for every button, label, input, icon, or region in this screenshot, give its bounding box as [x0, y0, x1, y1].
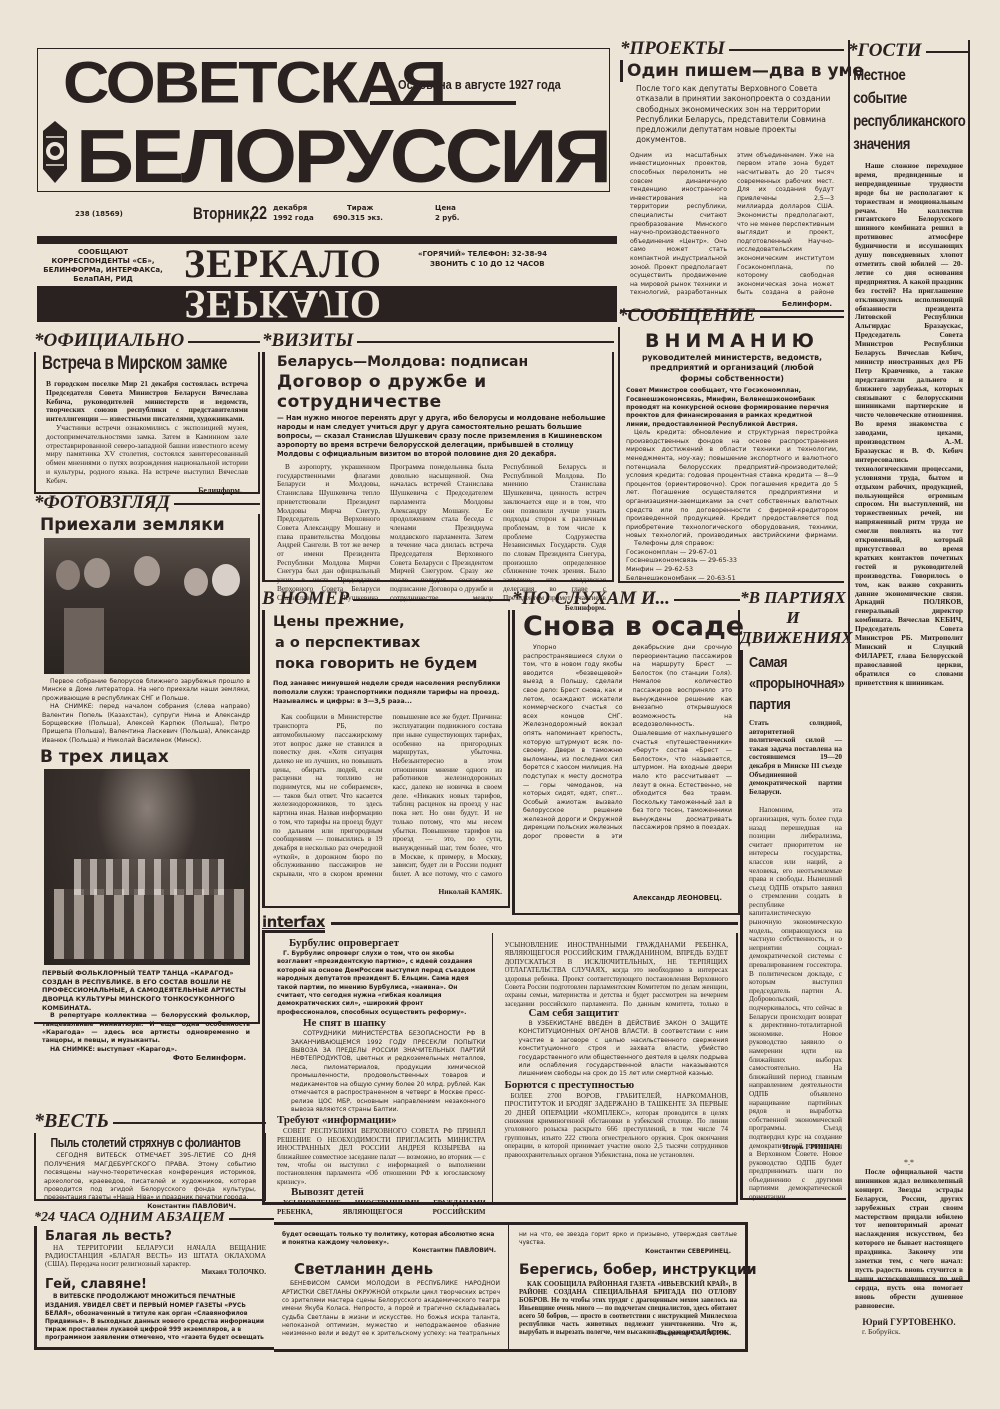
- kicker-proekty: *ПРОЕКТЫ: [620, 38, 844, 60]
- interfax-logo: interfax: [262, 914, 325, 933]
- body-proekty: Одним из масштабных инвестиционных проек…: [620, 152, 844, 300]
- body-po-sluham: Упорно распространявшиеся слухи о том, ч…: [523, 644, 732, 894]
- interfax-headline: Сам себя защитит: [505, 1007, 728, 1020]
- kicker-soobshchenie: *СООБЩЕНИЕ: [618, 305, 844, 327]
- interfax-body: СОТРУДНИКИ МИНИСТЕРСТВА БЕЗОПАСНОСТИ РФ …: [277, 1030, 486, 1114]
- section-gosti: *ГОСТИ Местное событие республиканского …: [848, 40, 970, 1282]
- zerkalo-sources: СООБЩАЮТ КОРРЕСПОНДЕНТЫ «СБ», БЕЛИНФОРМа…: [42, 248, 164, 284]
- interfax-headline: Вывозят детей: [277, 1186, 486, 1199]
- lead-v-nomer: Под занавес минувшей недели среди населе…: [273, 675, 502, 713]
- photo-note-zemlyaki: НА СНИМКЕ: перед началом собрания (слева…: [38, 703, 254, 745]
- issue-weekday: Вторник,: [193, 204, 253, 224]
- kicker-vizity: *ВИЗИТЫ: [262, 330, 614, 352]
- interfax-item: Требуют «информации» СОВЕТ РЕСПУБЛИКИ ВЕ…: [277, 1114, 486, 1186]
- kicker-oficialno: *ОФИЦИАЛЬНО: [34, 330, 260, 352]
- section-vest: *ВЕСТЬ Пыль столетий стряхнув с фолианто…: [34, 1110, 266, 1202]
- lead-proekty: После того как депутаты Верховного Совет…: [620, 82, 844, 152]
- issue-year: 1992 года: [273, 214, 314, 222]
- zerkalo-hotline-hours: ЗВОНИТЬ С 10 ДО 12 ЧАСОВ: [430, 260, 545, 268]
- price-value: 2 руб.: [435, 214, 459, 222]
- body-gosti: Наше сложное переходное время, предвиден…: [850, 158, 968, 1158]
- interfax-col-right: УСЫНОВЛЕНИЕ ИНОСТРАННЫМИ ГРАЖДАНАМИ РЕБЕ…: [493, 933, 736, 1202]
- kicker-vest: *ВЕСТЬ: [34, 1110, 266, 1133]
- headline-oficialno: Встреча в Мирском замке: [42, 352, 250, 376]
- interfax-body: СОВЕТ РЕСПУБЛИКИ ВЕРХОВНОГО СОВЕТА РФ ПР…: [277, 1127, 486, 1186]
- section-v-nomer: В НОМЕР Цены прежние, а о перспективах п…: [262, 588, 510, 906]
- signature-svetlanin-den: Константин СЕВЕРИНЕЦ.: [519, 1248, 737, 1255]
- phone-entry: Белвнешэкономбанк — 20-63-51: [626, 574, 838, 583]
- interfax-body: В УЗБЕКИСТАНЕ ВВЕДЕН В ДЕЙСТВИЕ ЗАКОН О …: [505, 1020, 728, 1079]
- headline-vizity-line1: Беларусь—Молдова: подписан: [277, 352, 606, 372]
- circulation-value: 690.315 экз.: [333, 214, 383, 222]
- headline-v-nomer-line2: а о перспективах: [273, 633, 502, 654]
- interfax-item: Сам себя защитит В УЗБЕКИСТАНЕ ВВЕДЕН В …: [505, 1007, 728, 1079]
- phones-list: Госэкономплан — 29-67-01 Госвнешэкономсв…: [626, 548, 838, 582]
- kicker-24-chasa: *24 ЧАСА ОДНИМ АБЗАЦЕМ: [34, 1210, 274, 1226]
- section-proekty: *ПРОЕКТЫ Один пишем—два в уме После того…: [620, 38, 844, 288]
- section-soobshchenie: *СООБЩЕНИЕ ВНИМАНИЮ руководителей минист…: [618, 305, 844, 583]
- masthead: СОВЕТСКАЯ Основана в августе 1927 года Б…: [37, 48, 610, 192]
- signature-gey-slavyane: Константин ПАВЛОВИЧ.: [282, 1247, 500, 1254]
- caption-karagod: В репертуаре коллектива — белорусский фо…: [38, 1012, 254, 1046]
- section-po-sluham: *ПО СЛУХАМ И... Снова в осаде Упорно рас…: [512, 588, 740, 913]
- body-gey-slavyane: В ВИТЕБСКЕ ПРОДОЛЖАЮТ МНОЖИТЬСЯ ПЕЧАТНЫЕ…: [45, 1293, 266, 1343]
- body-oficialno: Участники встречи ознакомились с экспози…: [42, 424, 252, 486]
- founded-underline: [370, 101, 516, 105]
- section-fotovzglyad: *ФОТОВЗГЛЯД Приехали земляки Первое собр…: [34, 492, 260, 1022]
- circulation-label: Тираж: [347, 204, 373, 212]
- headline-v-partiyakh-line2: «прорыночная»: [749, 673, 860, 694]
- section-oficialno: *ОФИЦИАЛЬНО Встреча в Мирском замке В го…: [34, 330, 260, 492]
- lead-oficialno: В городском поселке Мир 21 декабря состо…: [42, 376, 252, 424]
- headline-beregis-bober: Берегись, бобер, инструкции: [519, 1259, 737, 1281]
- interfax-item: Не спят в шапку СОТРУДНИКИ МИНИСТЕРСТВА …: [277, 1017, 486, 1114]
- lead-vizity: — Нам нужно многое перенять друг у друга…: [277, 412, 606, 463]
- headline-vizity-line2: Договор о дружбе и сотрудничестве: [277, 372, 606, 412]
- kicker-gosti: *ГОСТИ: [848, 40, 968, 62]
- interfax-headline: Требуют «информации»: [277, 1114, 486, 1127]
- order-medal-icon: [40, 117, 70, 189]
- interfax-body: БОЛЕЕ 2700 ВОРОВ, ГРАБИТЕЛЕЙ, НАРКОМАНОВ…: [505, 1092, 728, 1159]
- issue-day: 22: [251, 203, 267, 224]
- phone-entry: Минфин — 29-62-53: [626, 565, 838, 574]
- headline-v-nomer-line3: пока говорить не будем: [273, 654, 502, 675]
- interfax-body: Г. Бурбулис опроверг слухи о том, что он…: [277, 950, 486, 1017]
- caption-karagod-caps: ПЕРВЫЙ ФОЛЬКЛОРНЫЙ ТЕАТР ТАНЦА «КАРАГОД»…: [38, 965, 254, 1012]
- body-v-partiyakh: Напомним, эта организация, чуть более го…: [749, 806, 842, 1216]
- body-v-nomer: Как сообщили в Министерстве транспорта Р…: [273, 713, 502, 887]
- caption-zemlyaki: Первое собрание белорусов ближнего заруб…: [38, 674, 254, 703]
- zerkalo-hotline: «ГОРЯЧИЙ» ТЕЛЕФОН: 32-38-94: [418, 250, 547, 258]
- body-blagaya-vest: НА ТЕРРИТОРИИ БЕЛАРУСИ НАЧАЛА ВЕЩАНИЕ РА…: [45, 1245, 266, 1268]
- section-interfax: interfax Бурбулис опровергает Г. Бурбули…: [262, 914, 738, 1206]
- interfax-item: Бурбулис опровергает Г. Бурбулис опровер…: [277, 937, 486, 1017]
- photo-zemlyaki: [44, 538, 250, 674]
- kicker-v-partiyakh: *В ПАРТИЯХ И ДВИЖЕНИЯХ: [740, 588, 846, 648]
- interfax-item: Борются с преступностью БОЛЕЕ 2700 ВОРОВ…: [505, 1079, 728, 1159]
- bottom-col-right: ни на что, ее звезда горит ярко и призыв…: [509, 1225, 745, 1349]
- signature-gosti: Юрий ГУРТОВЕНКО.: [850, 1317, 968, 1327]
- headline-blagaya-vest: Благая ль весть?: [45, 1228, 266, 1245]
- interfax-body: УСЫНОВЛЕНИЕ ИНОСТРАННЫМИ ГРАЖДАНАМИ РЕБЕ…: [277, 1199, 486, 1217]
- body-gey-slavyane-ending: будет освещать только ту политику, котор…: [282, 1231, 500, 1247]
- photo-note-karagod: НА СНИМКЕ: выступает «Карагод».: [38, 1046, 254, 1054]
- ending-gosti: После официальной части шинников ждал ве…: [850, 1168, 968, 1311]
- bottom-col-left: будет освещать только ту политику, котор…: [274, 1225, 509, 1349]
- founded-note: Основана в августе 1927 года: [398, 77, 561, 92]
- body-soobshchenie: Цель кредита: обновление и структурная п…: [626, 429, 838, 539]
- kicker-fotovzglyad: *ФОТОВЗГЛЯД: [34, 492, 260, 514]
- body-svetlanin-den-ending: ни на что, ее звезда горит ярко и призыв…: [519, 1231, 737, 1248]
- signature-blagaya-vest: Михаил ТОЛОЧКО.: [45, 1268, 266, 1276]
- headline-v-partiyakh-line1: Самая: [749, 652, 860, 673]
- section-vizity: *ВИЗИТЫ Беларусь—Молдова: подписан Догов…: [262, 330, 614, 580]
- lead-soobshchenie: Совет Министров сообщает, что Госэкономп…: [626, 384, 838, 429]
- section-24-chasa-continued: будет освещать только ту политику, котор…: [274, 1222, 748, 1352]
- interfax-headline: Не спят в шапку: [277, 1017, 486, 1030]
- headline-v-nomer-line1: Цены прежние,: [273, 612, 502, 633]
- headline-vest: Пыль столетий стряхнув с фолиантов: [44, 1135, 257, 1151]
- headline-gosti: Местное событие республиканского значени…: [850, 62, 965, 158]
- headline-svetlanin-den: Светланин день: [282, 1258, 500, 1280]
- interfax-item: Вывозят детей УСЫНОВЛЕНИЕ ИНОСТРАННЫМИ Г…: [277, 1186, 486, 1217]
- headline-proekty: Один пишем—два в уме: [627, 60, 844, 82]
- headline-po-sluham: Снова в осаде: [523, 610, 732, 644]
- section-v-partiyakh: *В ПАРТИЯХ И ДВИЖЕНИЯХ Самая «прорыночна…: [740, 588, 846, 1208]
- interfax-headline: Борются с преступностью: [505, 1079, 728, 1092]
- section-24-chasa: *24 ЧАСА ОДНИМ АБЗАЦЕМ Благая ль весть? …: [34, 1210, 274, 1352]
- phones-label: Телефоны для справок:: [626, 539, 838, 548]
- zerkalo-title-mirror: ЗЕРКАЛО: [184, 284, 382, 324]
- headline-fotovzglyad: Приехали земляки: [38, 514, 254, 536]
- body-svetlanin-den: БЕНЕФИСОМ САМОЙ МОЛОДОЙ В РЕСПУБЛИКЕ НАР…: [282, 1280, 500, 1338]
- interfax-col-left: Бурбулис опровергает Г. Бурбулис опровер…: [265, 933, 493, 1202]
- photo-karagod: [44, 769, 250, 965]
- kicker-v-nomer: В НОМЕР: [262, 588, 510, 610]
- signature-po-sluham: Александр ЛЕОНОВЕЦ.: [523, 894, 732, 902]
- location-gosti: г. Бобруйск.: [850, 1327, 968, 1336]
- interfax-body-continued: УСЫНОВЛЕНИЕ ИНОСТРАННЫМИ ГРАЖДАНАМИ РЕБЕ…: [505, 941, 728, 1007]
- lead-v-partiyakh: Стать солидной, авторитетной политическо…: [749, 715, 842, 806]
- headline-v-trekh-litsakh: В трех лицах: [38, 745, 254, 769]
- signature-fotovzglyad: Фото Белинформ.: [38, 1054, 254, 1062]
- body-vizity: В аэропорту, украшенном государственными…: [277, 463, 606, 603]
- headline-v-partiyakh-line3: партия: [749, 694, 860, 715]
- headline-gey-slavyane: Гей, славяне!: [45, 1276, 266, 1293]
- issue-info-row: 238 (18569) Вторник, 22 декабря 1992 год…: [37, 200, 610, 232]
- interfax-headline: Бурбулис опровергает: [277, 937, 486, 950]
- issue-number: 238 (18569): [75, 210, 123, 218]
- subhead-soobshchenie: руководителей министерств, ведомств, пре…: [626, 353, 838, 384]
- price-label: Цена: [435, 204, 456, 212]
- signature-v-nomer: Николай КАМЯК.: [273, 887, 502, 896]
- headline-soobshchenie: ВНИМАНИЮ: [626, 329, 838, 353]
- phone-entry: Госвнешэкономсвязь — 29-65-33: [626, 556, 838, 565]
- kicker-po-sluham: *ПО СЛУХАМ И...: [512, 588, 740, 610]
- zerkalo-title: ЗЕРКАЛО: [184, 244, 382, 284]
- newspaper-title-line2: БЕЛОРУССИЯ: [76, 117, 609, 197]
- phone-entry: Госэкономплан — 29-67-01: [626, 548, 838, 557]
- issue-month: декабря: [273, 204, 307, 212]
